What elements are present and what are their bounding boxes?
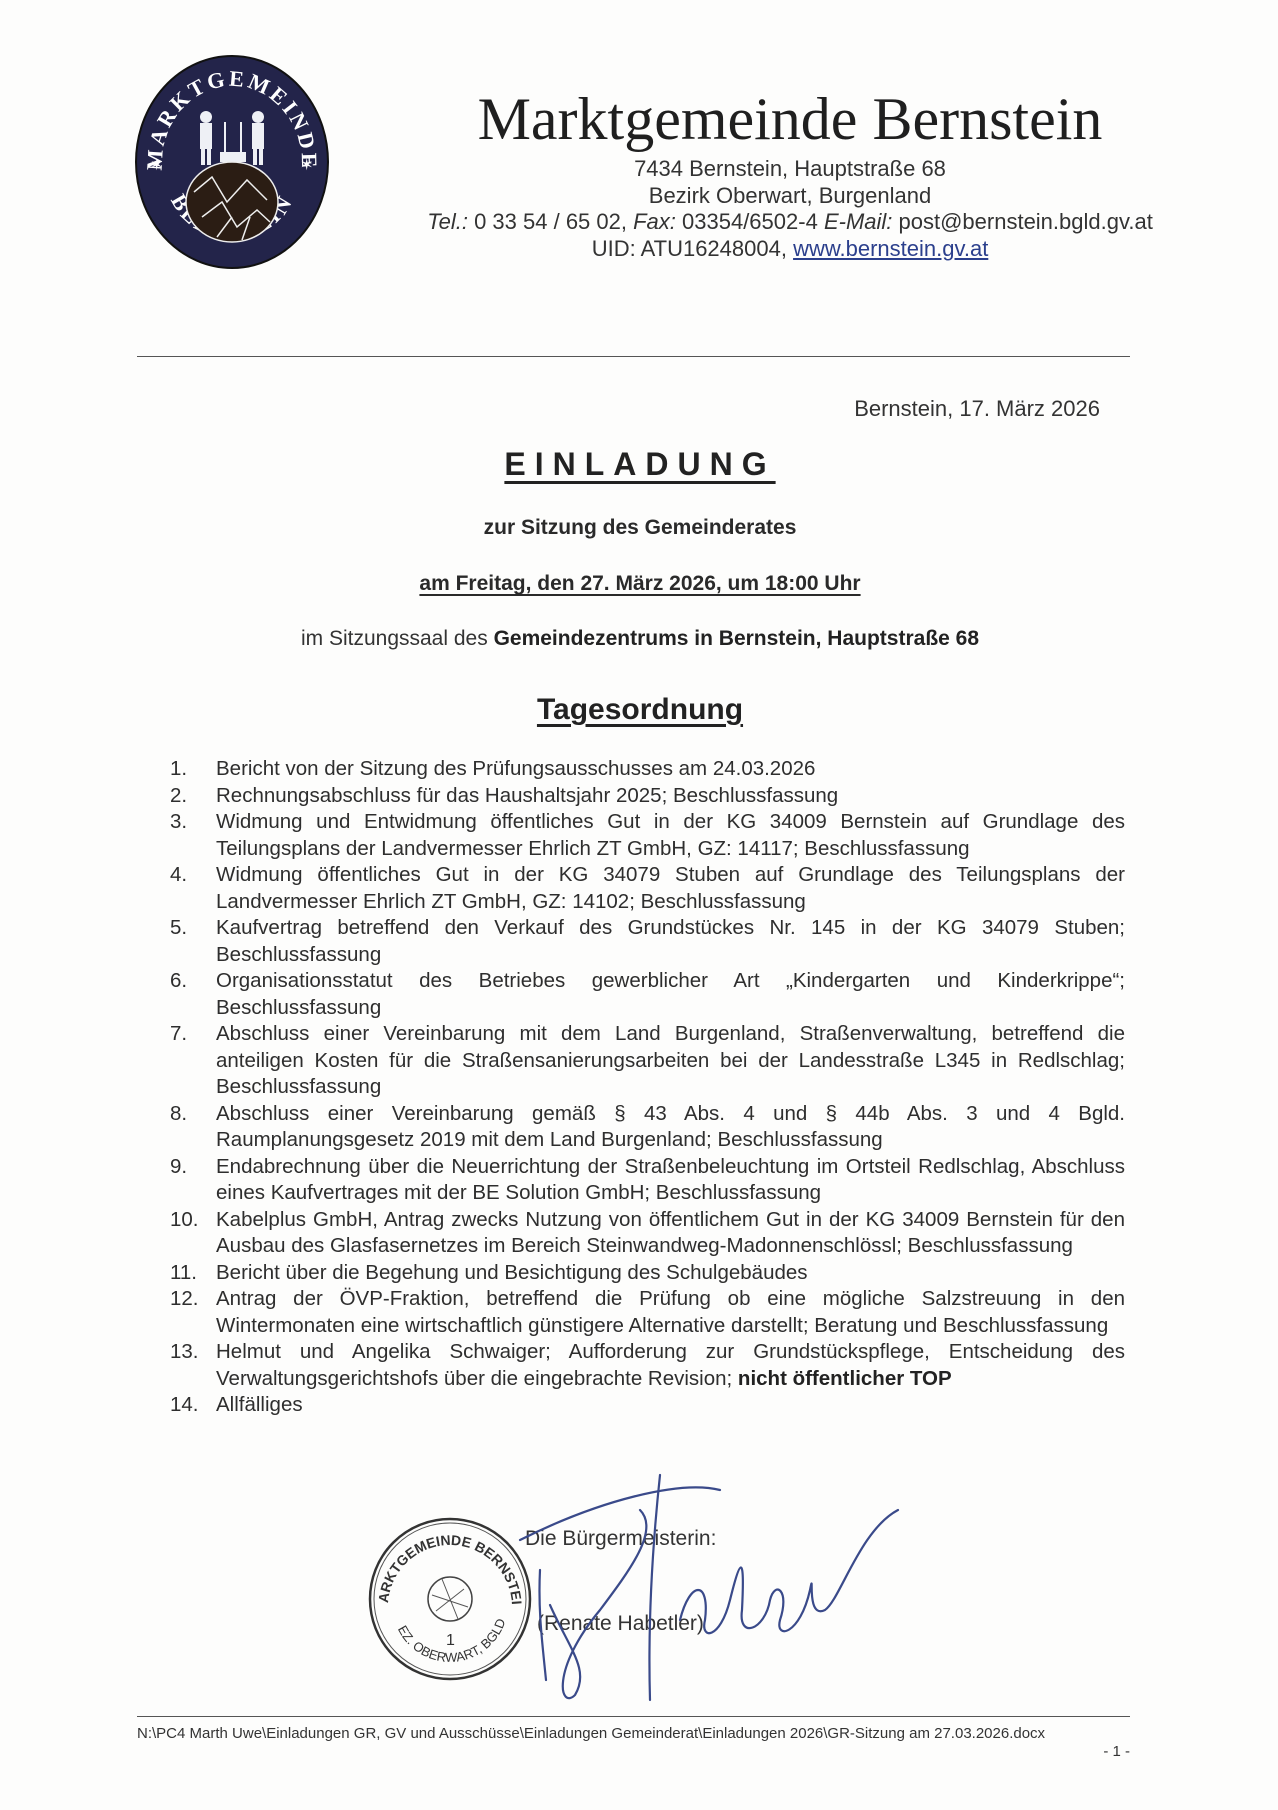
svg-text:✶: ✶ xyxy=(300,157,313,174)
location-prefix: im Sitzungssaal des xyxy=(301,627,494,650)
agenda-item-text: Kaufvertrag betreffend den Verkauf des G… xyxy=(216,916,1125,966)
tel-value: 0 33 54 / 65 02, xyxy=(468,209,633,234)
document-heading: EINLADUNG xyxy=(380,446,900,483)
agenda-item-text: Endabrechnung über die Neuerrichtung der… xyxy=(216,1155,1125,1205)
agenda-item: 3.Widmung und Entwidmung öffentliches Gu… xyxy=(170,809,1125,862)
agenda-item: 14.Allfälliges xyxy=(170,1392,1125,1419)
contact-line: Tel.: 0 33 54 / 65 02, Fax: 03354/6502-4… xyxy=(380,209,1200,235)
agenda-item-number: 10. xyxy=(170,1207,210,1234)
agenda-item-number: 7. xyxy=(170,1021,210,1048)
agenda-item-text: Rechnungsabschluss für das Haushaltsjahr… xyxy=(216,784,838,807)
agenda-item-text: Helmut und Angelika Schwaiger; Aufforder… xyxy=(216,1340,1125,1390)
agenda-item: 11.Bericht über die Begehung und Besicht… xyxy=(170,1260,1125,1287)
agenda-item-text: Bericht über die Begehung und Besichtigu… xyxy=(216,1261,808,1284)
footer-divider xyxy=(137,1716,1130,1717)
agenda-item-text: Allfälliges xyxy=(216,1393,303,1416)
address-street: 7434 Bernstein, Hauptstraße 68 xyxy=(380,156,1200,182)
meeting-time-text: am Freitag, den 27. März 2026, um 18:00 … xyxy=(419,572,860,595)
agenda-title: Tagesordnung xyxy=(430,693,850,727)
agenda-item-text: Abschluss einer Vereinbarung gemäß § 43 … xyxy=(216,1102,1125,1152)
agenda-item-text: Antrag der ÖVP-Fraktion, betreffend die … xyxy=(216,1287,1125,1337)
agenda-item-text: Bericht von der Sitzung des Prüfungsauss… xyxy=(216,757,815,780)
agenda-item-number: 11. xyxy=(170,1260,210,1287)
municipality-logo: MARKTGEMEINDE BERNSTEIN ✶ ✶ xyxy=(132,52,332,272)
agenda-item-number: 3. xyxy=(170,809,210,836)
agenda-item-number: 12. xyxy=(170,1286,210,1313)
website-link[interactable]: www.bernstein.gv.at xyxy=(793,236,988,261)
agenda-item: 6.Organisationsstatut des Betriebes gewe… xyxy=(170,968,1125,1021)
header-divider xyxy=(137,356,1130,357)
meeting-time: am Freitag, den 27. März 2026, um 18:00 … xyxy=(330,572,950,596)
uid-value: UID: ATU16248004, xyxy=(592,236,793,261)
agenda-item: 9.Endabrechnung über die Neuerrichtung d… xyxy=(170,1154,1125,1207)
org-name: Marktgemeinde Bernstein xyxy=(380,86,1200,152)
tel-label: Tel.: xyxy=(427,209,468,234)
agenda-item: 5.Kaufvertrag betreffend den Verkauf des… xyxy=(170,915,1125,968)
meeting-location: im Sitzungssaal des Gemeindezentrums in … xyxy=(180,627,1100,651)
location-venue: Gemeindezentrums in Bernstein, Hauptstra… xyxy=(494,627,979,650)
place-date: Bernstein, 17. März 2026 xyxy=(800,396,1100,422)
agenda-item-number: 4. xyxy=(170,862,210,889)
agenda-item-number: 14. xyxy=(170,1392,210,1419)
agenda-item-number: 13. xyxy=(170,1339,210,1366)
agenda-item-number: 9. xyxy=(170,1154,210,1181)
agenda-item: 13.Helmut und Angelika Schwaiger; Auffor… xyxy=(170,1339,1125,1392)
footer-file-path: N:\PC4 Marth Uwe\Einladungen GR, GV und … xyxy=(137,1724,1067,1743)
agenda-item: 7.Abschluss einer Vereinbarung mit dem L… xyxy=(170,1021,1125,1101)
agenda-item-text: Abschluss einer Vereinbarung mit dem Lan… xyxy=(216,1022,1125,1098)
agenda-item: 2.Rechnungsabschluss für das Haushaltsja… xyxy=(170,783,1125,810)
agenda-item: 10.Kabelplus GmbH, Antrag zwecks Nutzung… xyxy=(170,1207,1125,1260)
agenda-item: 4.Widmung öffentliches Gut in der KG 340… xyxy=(170,862,1125,915)
agenda-item-number: 5. xyxy=(170,915,210,942)
uid-line: UID: ATU16248004, www.bernstein.gv.at xyxy=(380,236,1200,262)
agenda-item: 1.Bericht von der Sitzung des Prüfungsau… xyxy=(170,756,1125,783)
agenda-item-number: 8. xyxy=(170,1101,210,1128)
heading-text: EINLADUNG xyxy=(504,446,775,482)
address-district: Bezirk Oberwart, Burgenland xyxy=(380,183,1200,209)
agenda-item-number: 1. xyxy=(170,756,210,783)
stamp-number: 1 xyxy=(446,1632,455,1649)
agenda-item: 12.Antrag der ÖVP-Fraktion, betreffend d… xyxy=(170,1286,1125,1339)
handwritten-signature xyxy=(480,1470,900,1710)
agenda-item-number: 2. xyxy=(170,783,210,810)
agenda-item-text: Organisationsstatut des Betriebes gewerb… xyxy=(216,969,1125,1019)
agenda-item-text: Kabelplus GmbH, Antrag zwecks Nutzung vo… xyxy=(216,1208,1125,1258)
email-label: E-Mail: xyxy=(824,209,892,234)
fax-label: Fax: xyxy=(633,209,676,234)
email-value: post@bernstein.bgld.gv.at xyxy=(892,209,1152,234)
agenda-item: 8.Abschluss einer Vereinbarung gemäß § 4… xyxy=(170,1101,1125,1154)
fax-value: 03354/6502-4 xyxy=(676,209,824,234)
svg-text:✶: ✶ xyxy=(150,157,163,174)
document-subheading: zur Sitzung des Gemeinderates xyxy=(380,516,900,540)
agenda-title-text: Tagesordnung xyxy=(537,693,743,726)
page-number: - 1 - xyxy=(1080,1743,1130,1760)
agenda-item-text: Widmung öffentliches Gut in der KG 34079… xyxy=(216,863,1125,913)
agenda-item-text: Widmung und Entwidmung öffentliches Gut … xyxy=(216,810,1125,860)
agenda-list: 1.Bericht von der Sitzung des Prüfungsau… xyxy=(170,756,1125,1419)
agenda-item-number: 6. xyxy=(170,968,210,995)
